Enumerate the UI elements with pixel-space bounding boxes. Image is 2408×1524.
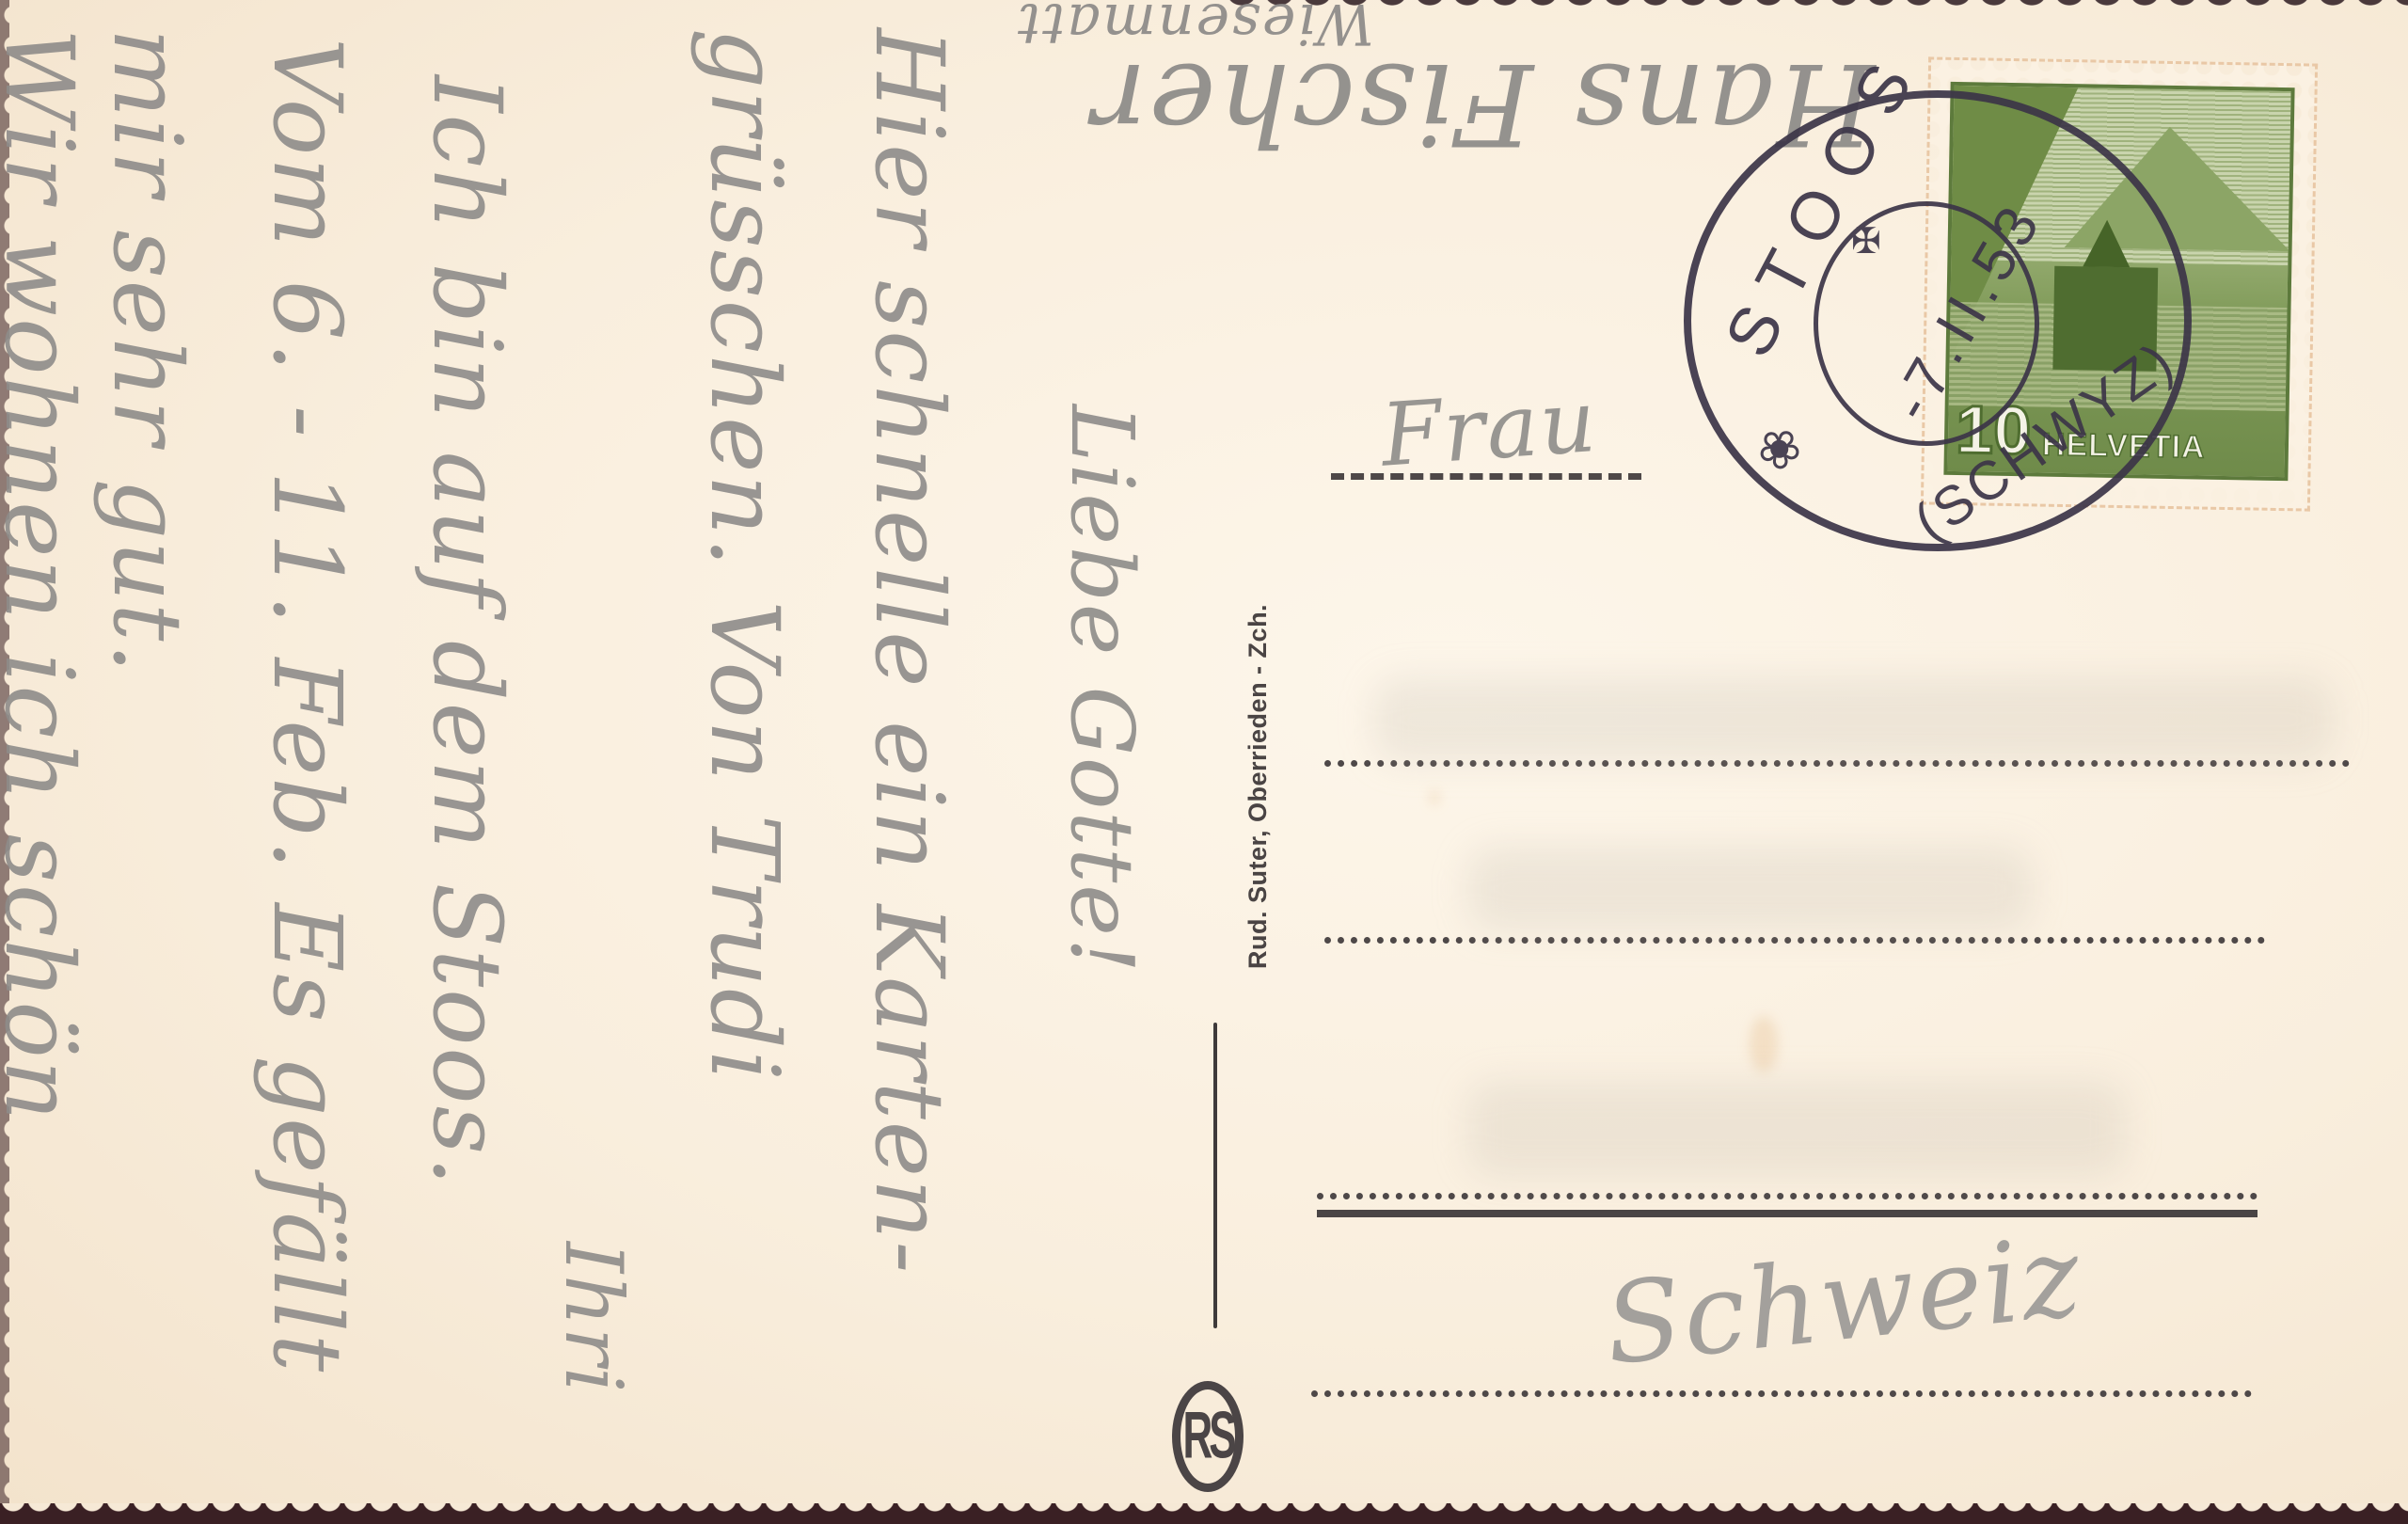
message-signature: Ihri (547, 1242, 640, 1394)
deckled-bottom-edge (0, 1503, 2408, 1524)
foxing-stain (1430, 790, 1439, 805)
address-line-country-rule (1317, 1210, 2257, 1217)
address-line-5 (1311, 1390, 2252, 1397)
message-line: Vom 6. - 11. Feb. Es gefällt (252, 38, 362, 1373)
message-line-greeting: Liebe Gotte! (1052, 405, 1152, 975)
redacted-address-line (1373, 677, 2333, 762)
address-line-3 (1324, 937, 2265, 944)
publisher-logo-text: RS (1182, 1399, 1232, 1474)
deckled-top-edge (1223, 0, 2408, 9)
postmark: STOOS ✠ -7.II.53 (SCHWYZ) ❀ (1684, 90, 2192, 551)
redacted-address-line (1467, 847, 2032, 931)
publisher-logo-icon: RS (1172, 1381, 1244, 1492)
swiss-cross-icon: ✠ (1851, 220, 1881, 262)
address-salutation: Frau (1378, 371, 1601, 486)
address-line-4 (1317, 1193, 2257, 1199)
address-line-upside: Hans Fischer (1091, 38, 1875, 168)
message-line: Hier schnelle ein Karten- (854, 28, 964, 1275)
foxing-stain (1750, 1016, 1778, 1072)
edelweiss-icon: ❀ (1742, 411, 1815, 487)
address-line-1 (1331, 473, 1641, 480)
postcard: Liebe Gotte! Hier schnelle ein Karten- g… (0, 0, 2408, 1509)
message-line: Ich bin auf dem Stoos. (412, 75, 522, 1188)
publisher-imprint: Rud. Suter, Oberrieden - Zch. (1244, 604, 1273, 969)
address-country: Schweiz (1599, 1211, 2087, 1389)
message-line: mir sehr gut. (92, 28, 202, 675)
message-line: Wir wohnen ich schön (0, 28, 94, 1122)
message-line: grüsschen. Von Trudi (689, 28, 800, 1083)
center-divider-line (1213, 1023, 1217, 1328)
redacted-address-line (1467, 1082, 2126, 1176)
